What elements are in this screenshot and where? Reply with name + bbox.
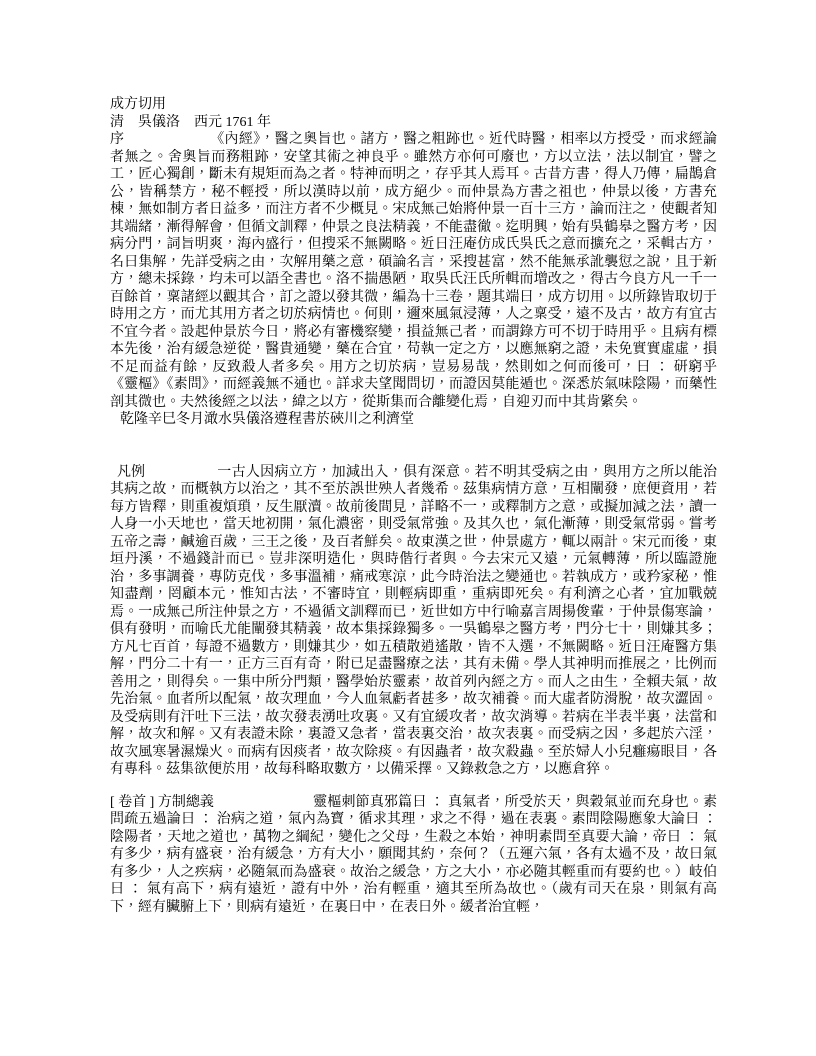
preface-signoff: 乾隆辛巳冬月澉水吳儀洛遵程書於硤川之利濟堂 bbox=[110, 411, 717, 429]
document-page: 成方切用 清 吳儀洛 西元 1761 年 序《內經》，醫之奧旨也。諸方，醫之粗跡… bbox=[110, 96, 717, 916]
juanshou-paragraph: [ 卷首 ] 方制總義靈樞刺節真邪篇曰 ： 真氣者，所受於天，與穀氣並而充身也。… bbox=[110, 794, 717, 917]
fanli-text: 一古人因病立方，加減出入，俱有深意。若不明其受病之由，與用方之所以能治其病之故，… bbox=[110, 465, 717, 778]
book-title: 成方切用 bbox=[110, 96, 717, 114]
juanshou-section-label: [ 卷首 ] 方制總義 bbox=[110, 794, 313, 812]
document-background: { "page": { "title": "成方切用", "byline": "… bbox=[0, 0, 816, 1056]
preface-label: 序 bbox=[110, 131, 210, 149]
fanli-label: 凡例 bbox=[110, 464, 217, 482]
juanshou-text: 靈樞刺節真邪篇曰 ： 真氣者，所受於天，與穀氣並而充身也。素問疏五過論曰 ： 治… bbox=[110, 795, 717, 915]
preface-text: 《內經》，醫之奧旨也。諸方，醫之粗跡也。近代時醫，相率以方授受，而求經論者無之。… bbox=[110, 132, 717, 410]
preface-paragraph: 序《內經》，醫之奧旨也。諸方，醫之粗跡也。近代時醫，相率以方授受，而求經論者無之… bbox=[110, 131, 717, 411]
book-byline: 清 吳儀洛 西元 1761 年 bbox=[110, 114, 717, 132]
fanli-paragraph: 凡例一古人因病立方，加減出入，俱有深意。若不明其受病之由，與用方之所以能治其病之… bbox=[110, 464, 717, 779]
